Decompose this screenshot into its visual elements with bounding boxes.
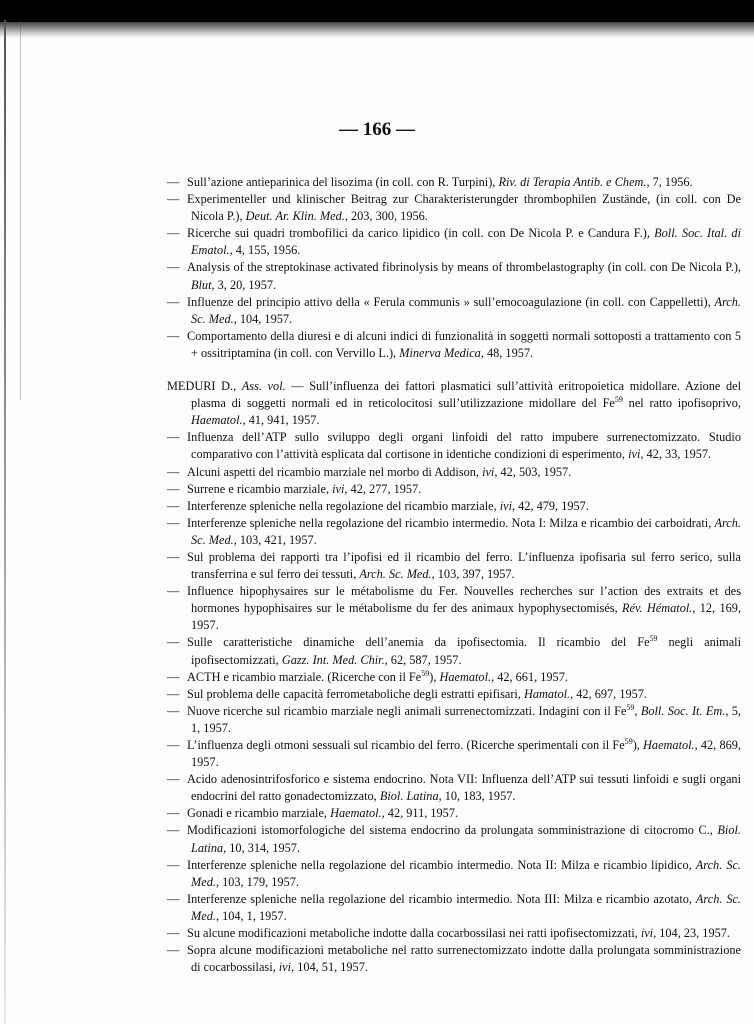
bibliography-entry: —Acido adenosintrifosforico e sistema en… [167,771,741,805]
entry-title: Analysis of the streptokinase activated … [187,260,741,274]
entry-reference: , 42, 479, 1957. [512,499,589,513]
entry-author-role: Ass. vol. [242,379,286,393]
entry-dash: — [167,805,187,822]
entry-reference: , 7, 1956. [646,175,692,189]
entry-reference: , 203, 300, 1956. [345,209,428,223]
entry-reference: , 103, 397, 1957. [432,567,515,581]
entry-author: MEDURI D., [167,379,236,393]
bibliography-entry: —Gonadi e ricambio marziale, Haematol., … [167,805,741,822]
isotope-superscript: 59 [615,395,623,404]
entry-journal: Riv. di Terapia Antib. e Chem. [498,175,646,189]
entry-dash: — [167,925,187,942]
page-number: — 166 — [0,119,754,141]
bibliography-entry: —Sul problema dei rapporti tra l’ipofisi… [167,549,741,583]
entry-dash: — [167,464,187,481]
scan-border-left-faint [20,20,21,400]
scan-border-top [0,0,754,22]
entry-dash: — [167,191,187,208]
scan-noise [0,22,754,38]
entry-reference: , 42, 697, 1957. [570,687,647,701]
entry-title: ACTH e ricambio marziale. (Ricerche con … [187,670,421,684]
bibliography-entry: —Interferenze spleniche nella regolazion… [167,857,741,891]
entry-dash: — [167,174,187,191]
entry-dash: — [167,669,187,686]
entry-reference: , 42, 33, 1957. [640,447,711,461]
entry-title: Interferenze spleniche nella regolazione… [187,516,714,530]
entry-title-cont: ), [429,670,439,684]
entry-title: Interferenze spleniche nella regolazione… [187,858,696,872]
bibliography-entry: —Influenze del principio attivo della « … [167,294,741,328]
entry-title: Su alcune modificazioni metaboliche indo… [187,926,641,940]
entry-dash: — [167,583,187,600]
bibliography-entry: —Sull’azione antieparinica del lisozima … [167,174,741,191]
entry-reference: , 104, 51, 1957. [291,960,368,974]
entry-title: Sull’azione antieparinica del lisozima (… [187,175,498,189]
entry-title: Nuove ricerche sul ricambio marziale neg… [187,704,626,718]
entry-dash: — [167,634,187,651]
entry-reference: , 48, 1957. [481,346,533,360]
isotope-superscript: 59 [625,737,633,746]
entry-dash: — [167,498,187,515]
entry-title: Alcuni aspetti del ricambio marziale nel… [187,465,482,479]
entry-journal: ivi [628,447,640,461]
bibliography-entry: —Su alcune modificazioni metaboliche ind… [167,925,741,942]
entry-reference: , 62, 587, 1957. [385,653,462,667]
entry-journal: Boll. Soc. It. Em. [641,704,726,718]
entry-journal: Blut [191,278,212,292]
scan-border-left [4,20,6,1024]
bibliography-entry: —Sul problema delle capacità ferrometabo… [167,686,741,703]
entry-title-cont: ), [633,738,643,752]
bibliography-entry: —ACTH e ricambio marziale. (Ricerche con… [167,669,741,686]
entry-reference: , 42, 277, 1957. [344,482,421,496]
entry-reference: , 103, 179, 1957. [216,875,299,889]
bibliography-entry: —Analysis of the streptokinase activated… [167,259,741,293]
entry-journal: Hamatol. [524,687,570,701]
entry-dash: — [167,891,187,908]
entry-journal: Haematol. [330,806,382,820]
entry-title: Sul problema delle capacità ferrometabol… [187,687,524,701]
entry-reference: , 41, 941, 1957. [243,413,320,427]
entry-title: Sopra alcune modificazioni metaboliche n… [187,943,741,974]
entry-reference: , 104, 1, 1957. [216,909,287,923]
entry-journal: ivi [332,482,344,496]
bibliography-entry: —Influenza dell’ATP sullo sviluppo degli… [167,429,741,463]
entry-reference: , 104, 23, 1957. [653,926,730,940]
entry-dash: — [167,857,187,874]
entry-dash: — [167,822,187,839]
entry-reference: , 42, 911, 1957. [382,806,458,820]
entry-dash: — [167,703,187,720]
entry-journal: Deut. Ar. Klin. Med. [246,209,345,223]
bibliography-entry: —Comportamento della diuresi e di alcuni… [167,328,741,362]
entry-journal: ivi [500,499,512,513]
entry-title: Influenze del principio attivo della « F… [187,295,714,309]
entry-dash: — [167,942,187,959]
bibliography-entry: —Surrene e ricambio marziale, ivi, 42, 2… [167,481,741,498]
entry-dash: — [167,549,187,566]
bibliography-entry: —Modificazioni istomorfologiche del sist… [167,822,741,856]
entry-dash: — [167,515,187,532]
entry-journal: Haematol. [643,738,695,752]
entry-title: Ricerche sui quadri trombofilici da cari… [187,226,654,240]
entry-title: Interferenze spleniche nella regolazione… [187,892,696,906]
entry-title: Sulle caratteristiche dinamiche dell’ane… [187,635,650,649]
entry-journal: Arch. Sc. Med. [359,567,431,581]
bibliography-entry: —Interferenze spleniche nella regolazion… [167,498,741,515]
entry-journal: Biol. Latina [380,789,439,803]
entry-journal: ivi [279,960,291,974]
entry-reference: , 103, 421, 1957. [234,533,317,547]
bibliography-entry: —Experimenteller und klinischer Beitrag … [167,191,741,225]
entry-title: L’influenza degli otmoni sessuali sul ri… [187,738,625,752]
entry-reference: , 3, 20, 1957. [212,278,277,292]
entry-journal: ivi [641,926,653,940]
entry-reference: , 42, 661, 1957. [491,670,568,684]
isotope-superscript: 59 [650,634,658,643]
entry-dash: — [167,686,187,703]
entry-dash: — [167,259,187,276]
entry-title-cont: nel ratto ipofisoprivo, [623,396,741,410]
bibliography-entry: —Interferenze spleniche nella regolazion… [167,891,741,925]
entry-journal: Rév. Hématol. [622,601,692,615]
bibliography-entry: —Ricerche sui quadri trombofilici da car… [167,225,741,259]
bibliography-list: —Sull’azione antieparinica del lisozima … [167,174,741,976]
entry-dash: — [167,225,187,242]
entry-reference: , 10, 183, 1957. [439,789,516,803]
entry-title: Surrene e ricambio marziale, [187,482,332,496]
bibliography-entry: —Nuove ricerche sul ricambio marziale ne… [167,703,741,737]
entry-dash: — [167,294,187,311]
entry-reference: , 42, 503, 1957. [494,465,571,479]
entry-reference: , 10, 314, 1957. [223,841,300,855]
entry-journal: Haematol. [439,670,491,684]
entry-journal: Gazz. Int. Med. Chir. [282,653,385,667]
entry-dash: — [167,771,187,788]
bibliography-entry: —Alcuni aspetti del ricambio marziale ne… [167,464,741,481]
entry-dash: — [167,737,187,754]
bibliography-entry: —L’influenza degli otmoni sessuali sul r… [167,737,741,771]
bibliography-entry: —Interferenze spleniche nella regolazion… [167,515,741,549]
entry-dash: — [167,328,187,345]
entry-title: Interferenze spleniche nella regolazione… [187,499,500,513]
entry-reference: , 104, 1957. [234,312,292,326]
entry-title: Gonadi e ricambio marziale, [187,806,330,820]
entry-dash: — [167,429,187,446]
entry-journal: Minerva Medica [399,346,481,360]
bibliography-entry: —Sulle caratteristiche dinamiche dell’an… [167,634,741,668]
bibliography-entry: —Sopra alcune modificazioni metaboliche … [167,942,741,976]
entry-journal: ivi [482,465,494,479]
entry-journal: Haematol. [191,413,243,427]
entry-reference: , 4, 155, 1956. [230,243,301,257]
entry-title: Modificazioni istomorfologiche del siste… [187,823,717,837]
entry-dash: — [167,481,187,498]
bibliography-entry: —Influence hipophysaires sur le métaboli… [167,583,741,634]
bibliography-entry: MEDURI D., Ass. vol. — Sull’influenza de… [167,378,741,429]
